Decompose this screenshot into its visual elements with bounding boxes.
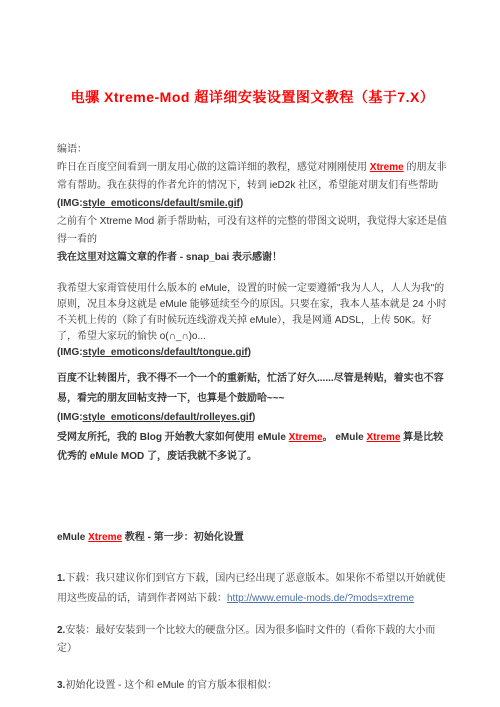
repost-note-section: 百度不让转图片，我不得不一个一个的重新贴，忙活了好久......尽管是转贴，着实… <box>57 369 448 467</box>
img-tongue-suffix: ) <box>248 347 251 358</box>
xtreme-link-blog-2[interactable]: Xtreme <box>366 432 400 443</box>
smile-emoticon-line: (IMG:style_emoticons/default/smile.gif) <box>57 195 448 213</box>
step-1-download: 1.下载：我只建议你们到官方下载，国内已经出现了恶意版本。如果你不希望以开始就使… <box>57 569 448 609</box>
rolleyes-gif-link[interactable]: style_emoticons/default/rolleyes.gif <box>83 412 253 423</box>
intro-label: 编语： <box>57 141 448 159</box>
tongue-emoticon-line: (IMG:style_emoticons/default/tongue.gif) <box>57 345 448 361</box>
step-2-install: 2.安装：最好安装到一个比较大的硬盘分区。因为很多临时文件的（看你下载的大小而定… <box>57 622 448 658</box>
img-rolleyes-suffix: ) <box>252 412 255 423</box>
step-2-text: 安装：最好安装到一个比较大的硬盘分区。因为很多临时文件的（看你下载的大小而定） <box>57 625 435 654</box>
xtreme-link-heading[interactable]: Xtreme <box>88 532 122 543</box>
tongue-gif-link[interactable]: style_emoticons/default/tongue.gif <box>83 347 248 358</box>
xtreme-link-blog-1[interactable]: Xtreme <box>289 432 323 443</box>
img-smile-prefix: (IMG: <box>57 198 83 209</box>
blog-text-a: 受网友所托，我的 Blog 开始教大家如何使用 eMule <box>57 432 289 443</box>
step-3-init: 3.初始化设置 - 这个和 eMule 的官方版本很相似： <box>57 677 448 695</box>
smile-gif-link[interactable]: style_emoticons/default/smile.gif <box>83 198 240 209</box>
repost-paragraph: 百度不让转图片，我不得不一个一个的重新贴，忙活了好久......尽管是转贴，着实… <box>57 369 448 428</box>
img-tongue-prefix: (IMG: <box>57 347 83 358</box>
heading-text-b: 教程 - 第一步：初始化设置 <box>122 532 244 543</box>
author-note-paragraph: 我希望大家甭管使用什么版本的 eMule，设置的时候一定要遵循"我为人人，人人为… <box>57 281 448 345</box>
author-note-section: 我希望大家甭管使用什么版本的 eMule，设置的时候一定要遵循"我为人人，人人为… <box>57 281 448 361</box>
thanks-line: 我在这里对这篇文章的作者 - snap_bai 表示感谢！ <box>57 249 448 267</box>
emule-mods-url-link[interactable]: http://www.emule-mods.de/?mods=xtreme <box>227 593 414 604</box>
intro-p1-text-a: 昨日在百度空间看到一朋友用心做的这篇详细的教程，感觉对刚刚使用 <box>57 162 370 173</box>
blog-text-b: 。 eMule <box>323 432 367 443</box>
step-3-text: 初始化设置 - 这个和 eMule 的官方版本很相似： <box>65 680 277 691</box>
img-smile-suffix: ) <box>240 198 243 209</box>
doc-title: 电骡 Xtreme-Mod 超详细安装设置图文教程（基于7.X） <box>57 88 448 106</box>
blog-paragraph: 受网友所托，我的 Blog 开始教大家如何使用 eMule Xtreme。 eM… <box>57 428 448 467</box>
repost-text: 百度不让转图片，我不得不一个一个的重新贴，忙活了好久......尽管是转贴，着实… <box>57 373 444 404</box>
intro-section: 编语： 昨日在百度空间看到一朋友用心做的这篇详细的教程，感觉对刚刚使用 Xtre… <box>57 141 448 267</box>
intro-paragraph-1: 昨日在百度空间看到一朋友用心做的这篇详细的教程，感觉对刚刚使用 Xtreme 的… <box>57 159 448 195</box>
document-page: 电骡 Xtreme-Mod 超详细安装设置图文教程（基于7.X） 编语： 昨日在… <box>0 88 500 695</box>
intro-paragraph-2: 之前有个 Xtreme Mod 新手帮助帖，可没有这样的完整的带图文说明，我觉得… <box>57 213 448 249</box>
heading-text-a: eMule <box>57 532 88 543</box>
img-rolleyes-prefix: (IMG: <box>57 412 83 423</box>
xtreme-link-intro[interactable]: Xtreme <box>370 162 404 173</box>
tutorial-heading: eMule Xtreme 教程 - 第一步：初始化设置 <box>57 529 448 547</box>
